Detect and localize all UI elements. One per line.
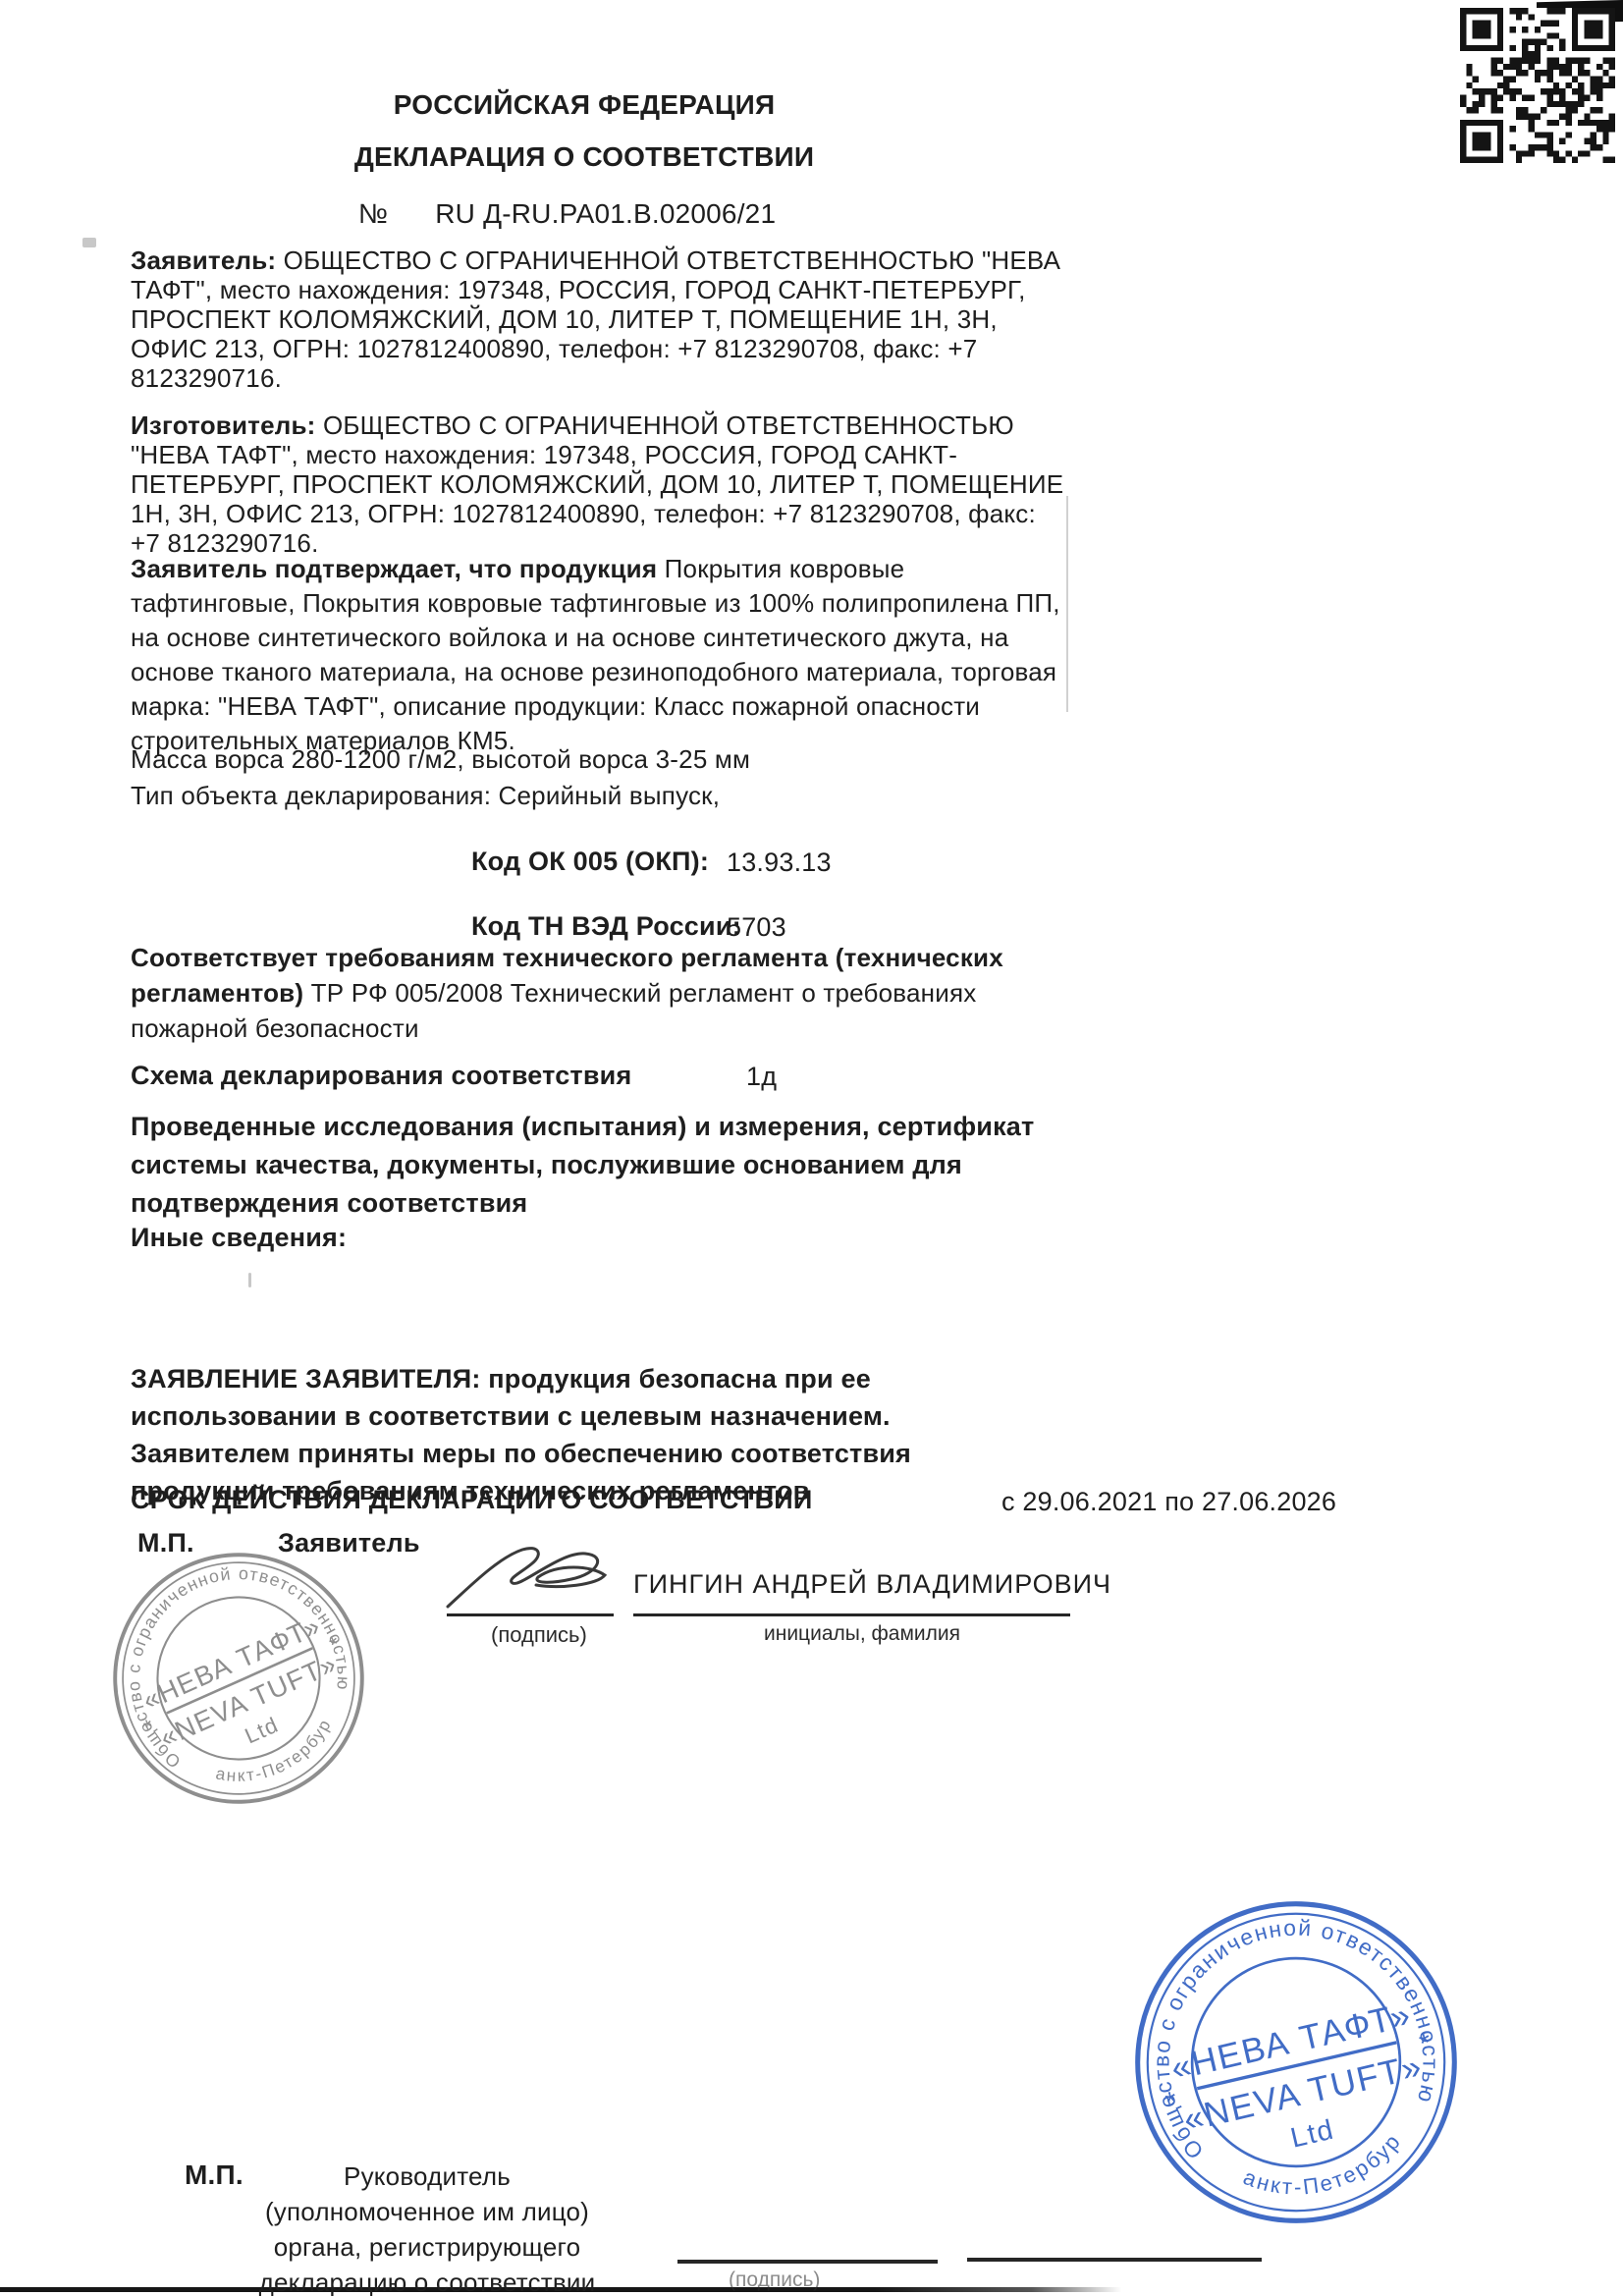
- stamp-place-label: М.П.: [137, 1528, 194, 1558]
- page-title: ДЕКЛАРАЦИЯ О СООТВЕТСТВИИ: [137, 142, 1031, 172]
- declaration-number: №RU Д-RU.РА01.В.02006/21: [358, 199, 776, 229]
- manufacturer-label: Изготовитель:: [131, 410, 316, 440]
- qr-code: [1460, 8, 1615, 163]
- company-stamp-blue: Общество с ограниченной ответственностью…: [1099, 1865, 1494, 2261]
- product-label: Заявитель подтверждает, что продукция: [131, 554, 657, 583]
- other-info-label: Иные сведения:: [131, 1223, 347, 1252]
- number-label: №: [358, 198, 388, 229]
- number-value: RU Д-RU.РА01.В.02006/21: [435, 198, 776, 229]
- validity-label: СРОК ДЕЙСТВИЯ ДЕКЛАРАЦИИ О СООТВЕТСТВИИ: [131, 1485, 813, 1514]
- registrar-line: декларацию о соответствии: [250, 2265, 604, 2296]
- registrar-title: Руководитель (уполномоченное им лицо) ор…: [250, 2159, 604, 2296]
- compliance-paragraph: Соответствует требованиям технического р…: [131, 940, 1063, 1046]
- name-line: [633, 1613, 1070, 1616]
- okp-code-label: Код ОК 005 (ОКП):: [471, 847, 709, 876]
- tnved-code-value: 5703: [727, 912, 786, 942]
- basis-paragraph: Проведенные исследования (испытания) и и…: [131, 1108, 1054, 1223]
- declaration-type-line: Тип объекта декларирования: Серийный вып…: [131, 781, 720, 810]
- product-paragraph: Заявитель подтверждает, что продукция По…: [131, 552, 1068, 758]
- footer-signature-line: [677, 2260, 938, 2264]
- signature: [442, 1540, 638, 1618]
- footer-name-line: [967, 2258, 1262, 2262]
- registrar-line: Руководитель: [250, 2159, 604, 2194]
- applicant-paragraph: Заявитель: ОБЩЕСТВО С ОГРАНИЧЕННОЙ ОТВЕТ…: [131, 246, 1065, 393]
- registrar-line: органа, регистрирующего: [250, 2229, 604, 2265]
- scan-speck: [82, 238, 96, 247]
- scheme-label: Схема декларирования соответствия: [131, 1061, 631, 1090]
- company-stamp-gray: Общество с ограниченной ответственностью…: [69, 1508, 408, 1848]
- manufacturer-paragraph: Изготовитель: ОБЩЕСТВО С ОГРАНИЧЕННОЙ ОТ…: [131, 410, 1065, 558]
- footer-stamp-place-label: М.П.: [185, 2160, 243, 2190]
- signatory-name: ГИНГИН АНДРЕЙ ВЛАДИМИРОВИЧ: [633, 1569, 1111, 1599]
- stamp-suffix: Ltd: [1287, 2113, 1337, 2154]
- registrar-line: (уполномоченное им лицо): [250, 2194, 604, 2229]
- declaration-document: РОССИЙСКАЯ ФЕДЕРАЦИЯ ДЕКЛАРАЦИЯ О СООТВЕ…: [0, 0, 1623, 2296]
- pile-mass-line: Масса ворса 280-1200 г/м2, высотой ворса…: [131, 744, 750, 774]
- footer-signature-caption: (подпись): [729, 2269, 820, 2292]
- signature-caption: (подпись): [491, 1622, 587, 1648]
- product-text: Покрытия ковровые тафтинговые, Покрытия …: [131, 554, 1060, 755]
- page-country-title: РОССИЙСКАЯ ФЕДЕРАЦИЯ: [137, 90, 1031, 120]
- name-caption: инициалы, фамилия: [764, 1622, 960, 1646]
- scheme-value: 1д: [746, 1062, 777, 1091]
- stamp-suffix: Ltd: [242, 1712, 283, 1748]
- signature-line: [447, 1613, 614, 1616]
- tnved-code-label: Код ТН ВЭД России:: [471, 911, 741, 941]
- applicant-label: Заявитель:: [131, 246, 276, 275]
- okp-code-value: 13.93.13: [727, 847, 832, 877]
- validity-dates: с 29.06.2021 по 27.06.2026: [1001, 1487, 1336, 1516]
- scan-speck: [248, 1273, 251, 1287]
